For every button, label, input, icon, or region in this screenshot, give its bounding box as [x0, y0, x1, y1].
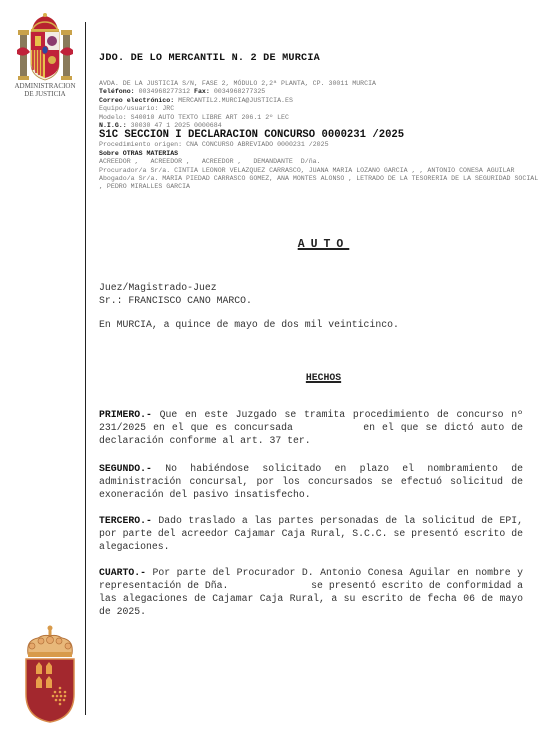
email-label: Correo electrónico: — [99, 97, 174, 104]
paragraph-label: TERCERO.- — [99, 515, 152, 526]
administracion-de-justicia-label: ADMINISTRACION DE JUSTICIA — [4, 82, 86, 98]
abogado-line: Abogado/a Sr/a. MARIA PIEDAD CARRASCO GO… — [99, 175, 539, 192]
section-title-text: HECHOS — [306, 372, 341, 383]
court-address: AVDA. DE LA JUSTICIA S/N, FASE 2, MÓDULO… — [99, 80, 539, 88]
origin-line: Procedimiento origen: CNA CONCURSO ABREV… — [99, 141, 539, 149]
judge-name: Sr.: FRANCISCO CANO MARCO. — [99, 295, 252, 308]
paragraph-label: SEGUNDO.- — [99, 463, 152, 474]
section-title-hechos: HECHOS — [0, 372, 549, 383]
case-header: AVDA. DE LA JUSTICIA S/N, FASE 2, MÓDULO… — [99, 80, 539, 192]
fax-value: 0034968277325 — [214, 88, 265, 95]
phone-label: Teléfono: — [99, 88, 135, 95]
case-title: S1C SECCION I DECLARACION CONCURSO 00002… — [99, 130, 539, 141]
document-type-text: AUTO — [298, 238, 350, 251]
contact-phone-fax: Teléfono: 0034968277312 Fax: 00349682773… — [99, 88, 539, 96]
paragraph-cuarto: CUARTO.- Por parte del Procurador D. Ant… — [99, 567, 523, 619]
user-label: Equipo/usuario: — [99, 105, 158, 112]
paragraph-label: CUARTO.- — [99, 567, 146, 578]
nig-label: N.I.G.: — [99, 122, 127, 129]
origin-label: Procedimiento origen: — [99, 141, 182, 148]
model-label: Modelo: — [99, 114, 127, 121]
phone-value: 0034968277312 — [139, 88, 190, 95]
paragraph-text: Dado traslado a las partes personadas de… — [99, 515, 523, 552]
court-name: JDO. DE LO MERCANTIL N. 2 DE MURCIA — [99, 53, 320, 64]
user-line: Equipo/usuario: JRC — [99, 105, 539, 113]
paragraph-text: Por parte del Procurador D. Antonio Cone… — [99, 567, 529, 617]
email-value: MERCANTIL2.MURCIA@JUSTICIA.ES — [178, 97, 293, 104]
paragraph-text: Que en este Juzgado se tramita procedimi… — [99, 409, 529, 446]
paragraph-text: No habiéndose solicitado en plazo el nom… — [99, 463, 523, 500]
procurador-line: Procurador/a Sr/a. CINTIA LEONOR VELAZQU… — [99, 167, 539, 175]
paragraph-label: PRIMERO.- — [99, 409, 152, 420]
subject-line: Sobre OTRAS MATERIAS — [99, 150, 539, 158]
region-of-murcia-coat-of-arms-icon — [22, 624, 78, 724]
paragraph-segundo: SEGUNDO.- No habiéndose solicitado en pl… — [99, 463, 523, 502]
logo-label-line-2: DE JUSTICIA — [4, 90, 86, 98]
margin-divider — [85, 22, 86, 715]
logo-label-line-1: ADMINISTRACION — [4, 82, 86, 90]
spain-coat-of-arms-icon — [16, 12, 74, 88]
paragraph-primero: PRIMERO.- Que en este Juzgado se tramita… — [99, 409, 523, 448]
parties-line: ACREEDOR , ACREEDOR , ACREEDOR , DEMANDA… — [99, 158, 539, 166]
judge-role: Juez/Magistrado-Juez — [99, 282, 252, 295]
judge-block: Juez/Magistrado-Juez Sr.: FRANCISCO CANO… — [99, 282, 252, 307]
model-value: S40010 AUTO TEXTO LIBRE ART 206.1 2º LEC — [131, 114, 289, 121]
contact-email: Correo electrónico: MERCANTIL2.MURCIA@JU… — [99, 97, 539, 105]
place-date: En MURCIA, a quince de mayo de dos mil v… — [99, 319, 399, 330]
document-type-title: AUTO — [0, 238, 549, 251]
subject-label: Sobre OTRAS MATERIAS — [99, 150, 178, 157]
paragraph-tercero: TERCERO.- Dado traslado a las partes per… — [99, 515, 523, 554]
user-value: JRC — [162, 105, 174, 112]
origin-value: CNA CONCURSO ABREVIADO 0000231 /2025 — [186, 141, 328, 148]
model-line: Modelo: S40010 AUTO TEXTO LIBRE ART 206.… — [99, 114, 539, 122]
nig-value: 30030 47 1 2025 0000684 — [131, 122, 222, 129]
fax-label: Fax: — [194, 88, 210, 95]
